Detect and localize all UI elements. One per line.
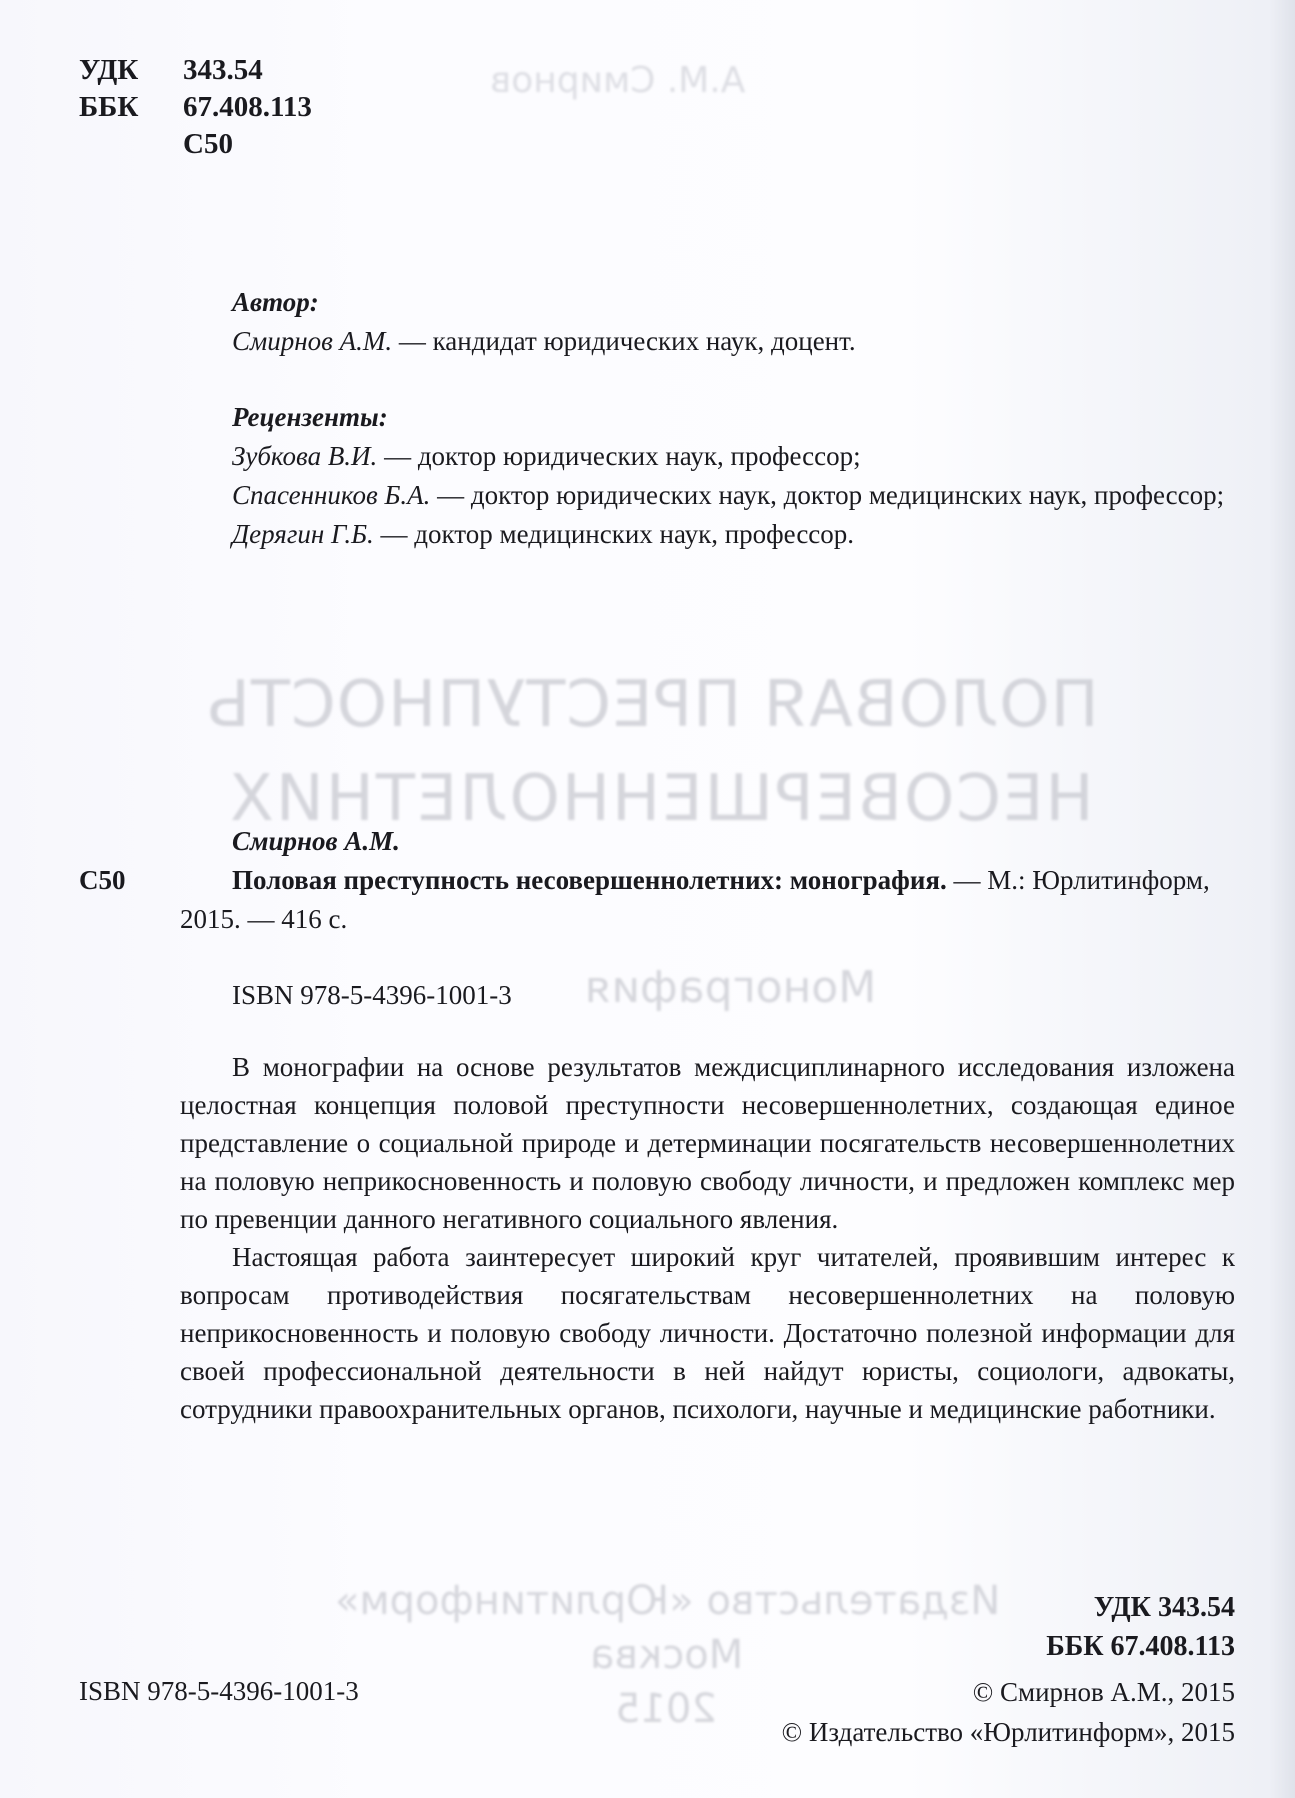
author-name: Смирнов А.М. xyxy=(232,326,392,356)
author-entry: Смирнов А.М. — кандидат юридических наук… xyxy=(180,322,1235,361)
reviewer-description: — доктор медицинских наук, профессор. xyxy=(374,519,854,549)
footer-udk: УДК 343.54 xyxy=(1046,1588,1235,1627)
classification-block: УДК 343.54 ББК 67.408.113 С50 xyxy=(79,52,312,163)
bleedthrough-author: А.М. Смирнов xyxy=(490,60,745,101)
footer-copyrights: © Смирнов А.М., 2015 © Издательство «Юрл… xyxy=(782,1672,1235,1752)
bleedthrough-year: 2015 xyxy=(615,1686,717,1732)
reviewer-description: — доктор юридических наук, доктор медици… xyxy=(430,480,1224,510)
classification-key: УДК xyxy=(79,52,183,89)
card-author: Смирнов А.М. xyxy=(79,822,1235,861)
classification-row-udk: УДК 343.54 xyxy=(79,52,312,89)
copyright-author: © Смирнов А.М., 2015 xyxy=(782,1672,1235,1712)
card-isbn: ISBN 978-5-4396-1001-3 xyxy=(79,976,1235,1015)
card-code: С50 xyxy=(79,861,180,939)
card-description: Половая преступность несовершеннолетних:… xyxy=(180,861,1235,939)
card-title: Половая преступность несовершеннолетних:… xyxy=(232,865,947,895)
annotation: В монографии на основе результатов межди… xyxy=(180,1048,1235,1428)
author-heading: Автор: xyxy=(180,283,1235,322)
annotation-paragraph: Настоящая работа заинтересует широкий кр… xyxy=(180,1238,1235,1428)
footer-bbk: ББК 67.408.113 xyxy=(1046,1627,1235,1666)
reviewer-entry: Дерягин Г.Б. — доктор медицинских наук, … xyxy=(180,515,1235,554)
reviewer-name: Дерягин Г.Б. xyxy=(232,519,374,549)
annotation-paragraph: В монографии на основе результатов межди… xyxy=(180,1048,1235,1238)
catalog-card: Смирнов А.М. С50 Половая преступность не… xyxy=(79,822,1235,1015)
classification-row-author-mark: С50 xyxy=(79,126,312,163)
classification-value: 67.408.113 xyxy=(183,89,312,126)
classification-key: ББК xyxy=(79,89,183,126)
reviewer-name: Зубкова В.И. xyxy=(232,441,377,471)
reviewer-entry: Спасенников Б.А. — доктор юридических на… xyxy=(180,476,1235,515)
copyright-publisher: © Издательство «Юрлитинформ», 2015 xyxy=(782,1712,1235,1752)
classification-value: 343.54 xyxy=(183,52,263,89)
classification-row-bbk: ББК 67.408.113 xyxy=(79,89,312,126)
reviewer-entry: Зубкова В.И. — доктор юридических наук, … xyxy=(180,437,1235,476)
reviewer-description: — доктор юридических наук, профессор; xyxy=(377,441,860,471)
classification-value: С50 xyxy=(183,126,233,163)
bleedthrough-city: Москва xyxy=(590,1632,743,1678)
book-page: А.М. Смирнов ПОЛОВАЯ ПРЕСТУПНОСТЬ НЕСОВЕ… xyxy=(0,0,1295,1798)
reviewer-name: Спасенников Б.А. xyxy=(232,480,430,510)
card-entry: С50 Половая преступность несовершеннолет… xyxy=(79,861,1235,939)
bleedthrough-publisher: Издательство «Юрлитинформ» xyxy=(335,1578,1000,1624)
footer-isbn: ISBN 978-5-4396-1001-3 xyxy=(79,1676,359,1707)
footer-classification: УДК 343.54 ББК 67.408.113 xyxy=(1046,1588,1235,1666)
bleedthrough-title-line1: ПОЛОВАЯ ПРЕСТУПНОСТЬ xyxy=(205,668,1099,742)
credits-section: Автор: Смирнов А.М. — кандидат юридическ… xyxy=(180,283,1235,554)
reviewers-heading: Рецензенты: xyxy=(180,398,1235,437)
author-description: — кандидат юридических наук, доцент. xyxy=(392,326,856,356)
classification-key xyxy=(79,126,183,163)
